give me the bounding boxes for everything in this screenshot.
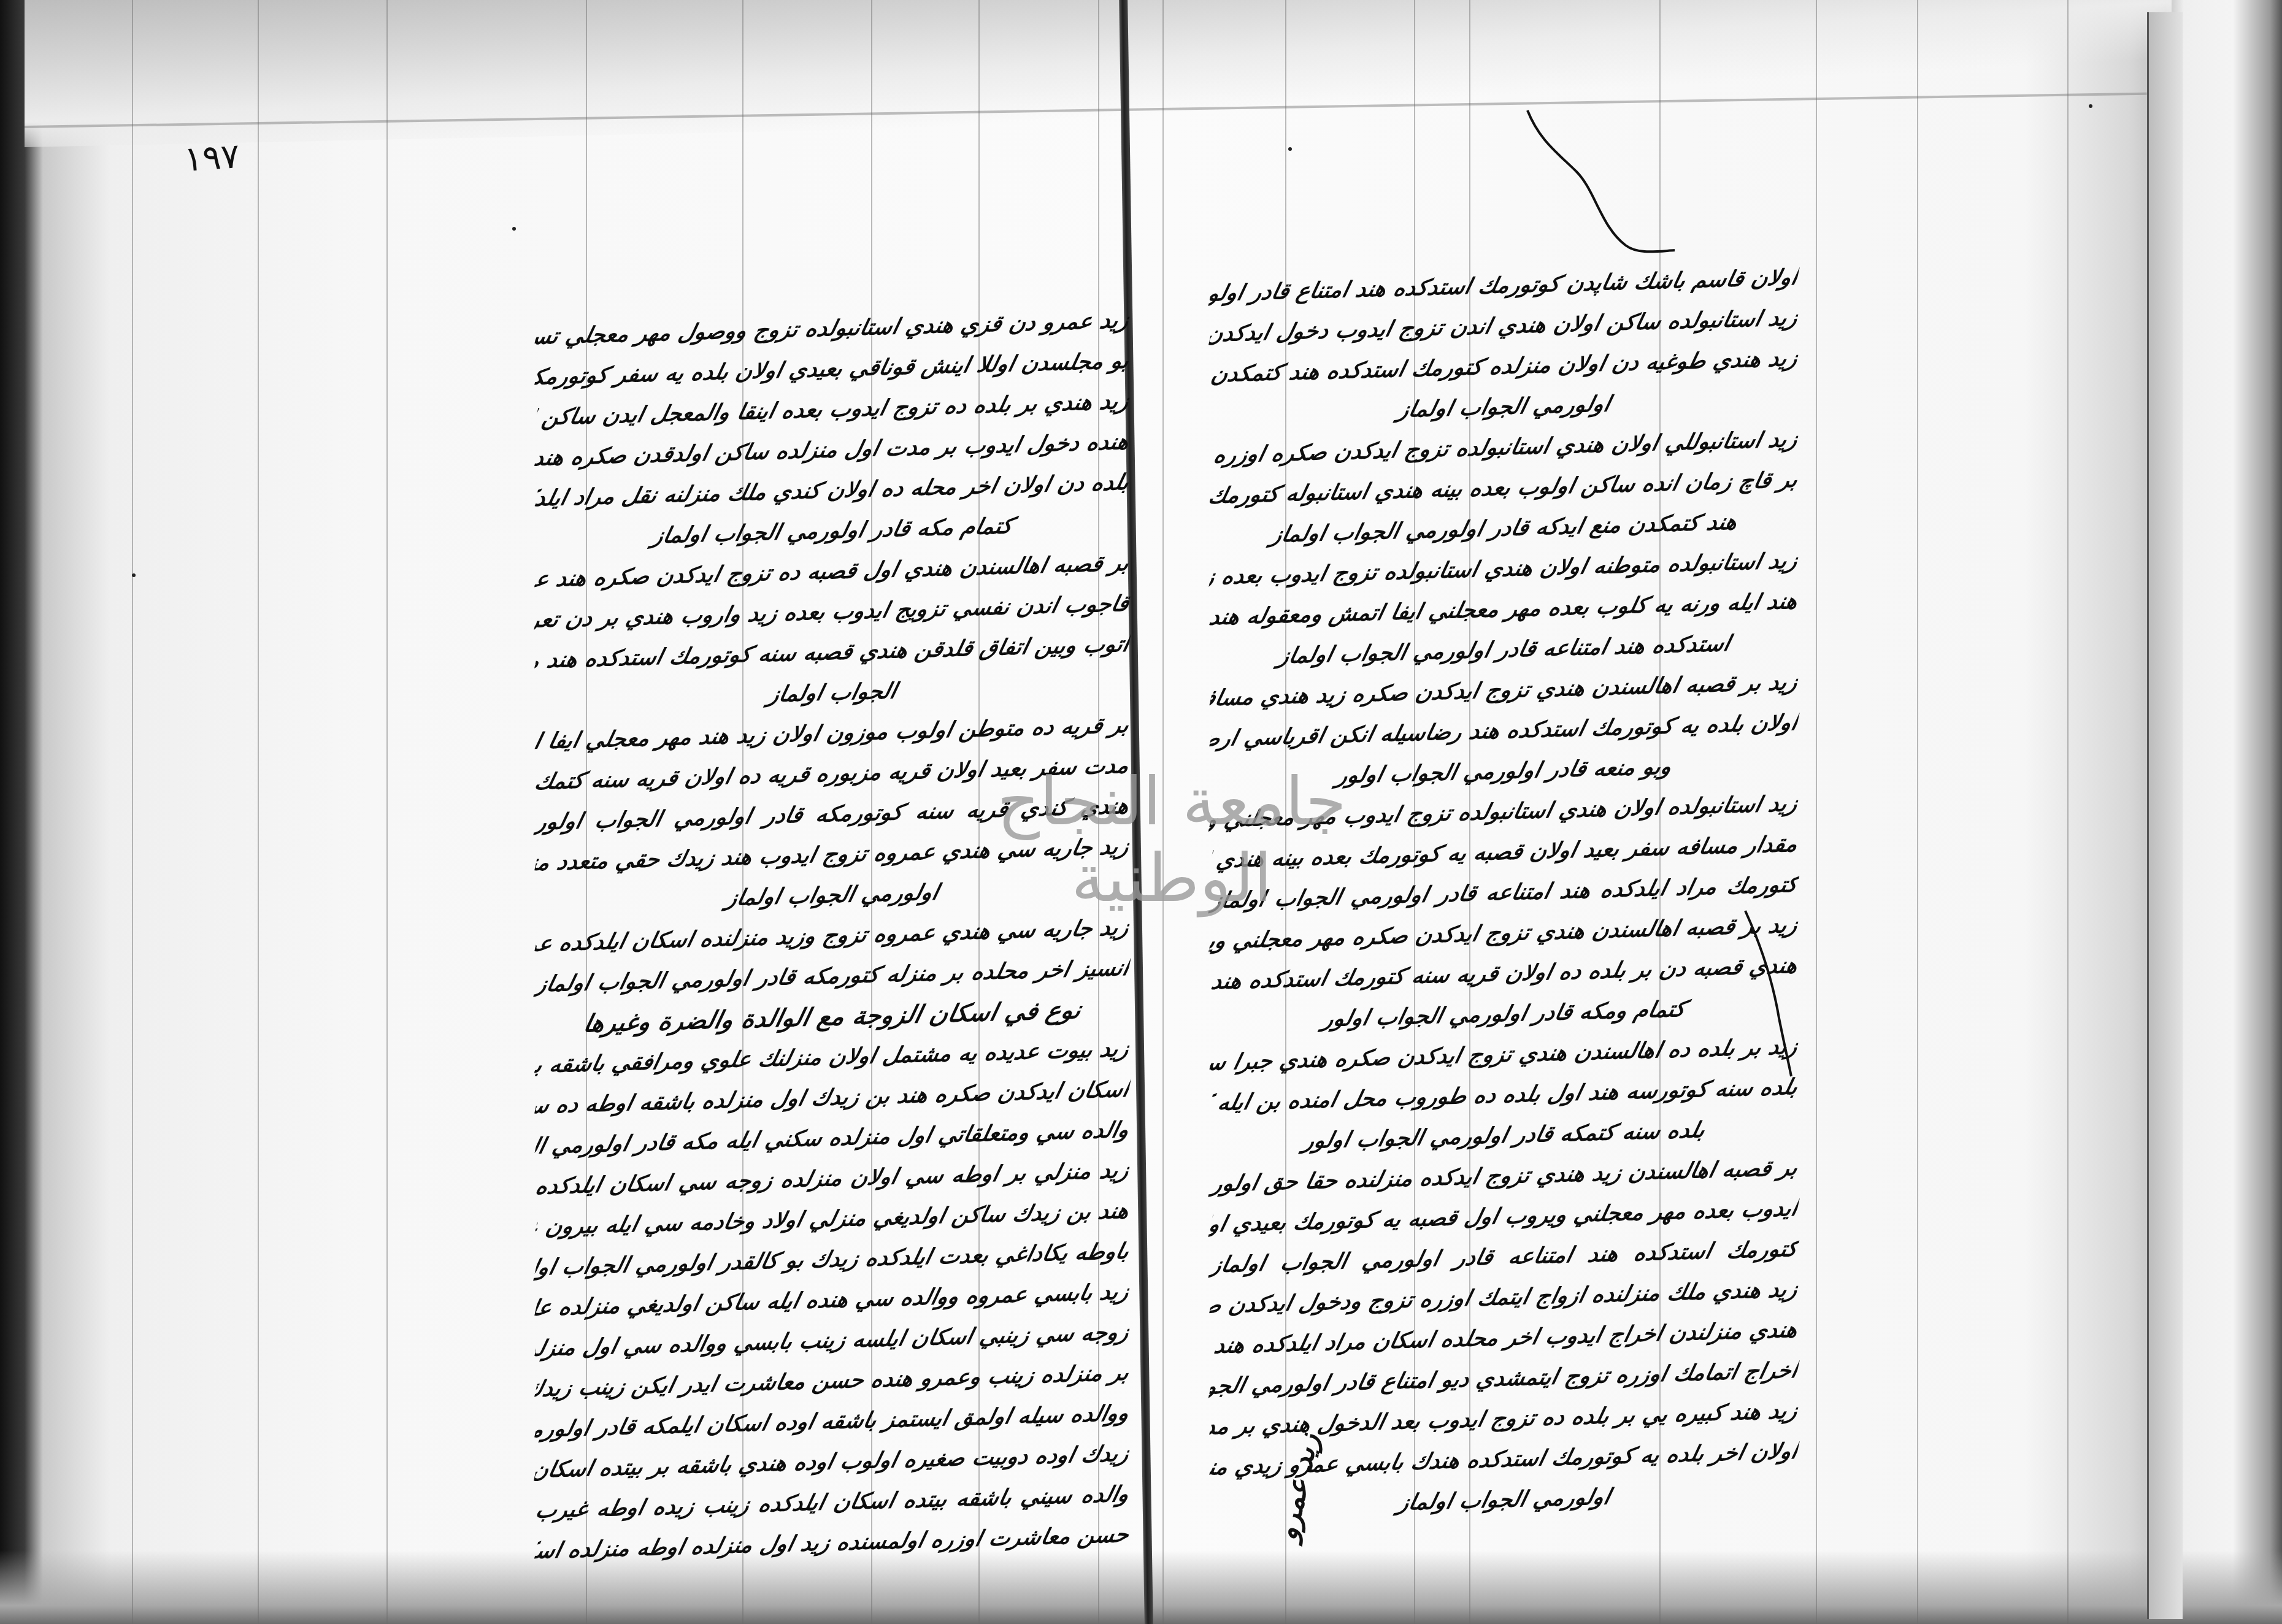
scan-line <box>1816 0 1817 1624</box>
left-page-text: زيد عمرو دن قزي هندي استانبولده تزوج ووص… <box>540 301 1129 1555</box>
scan-line <box>2067 0 2069 1624</box>
bottom-shadow <box>0 1550 2282 1624</box>
ink-speck <box>1288 147 1292 151</box>
scan-line <box>258 0 259 1624</box>
scan-line <box>386 0 388 1624</box>
ink-speck <box>512 227 516 231</box>
page-number: ١٩٧ <box>183 136 241 180</box>
scan-line <box>1917 0 1918 1624</box>
ink-speck <box>132 573 136 577</box>
manuscript-scan: ١٩٧ زيد عمرو دن قزي هندي استانبولده تزوج… <box>0 0 2282 1624</box>
ink-scrawl-icon <box>1521 104 1681 264</box>
ink-speck <box>2089 104 2092 108</box>
scan-line <box>132 0 133 1624</box>
margin-pen-mark-icon <box>1742 908 1797 1079</box>
library-watermark: جامعة النجاح الوطنية <box>920 764 1423 917</box>
page-edge-strip <box>2147 12 2183 1619</box>
